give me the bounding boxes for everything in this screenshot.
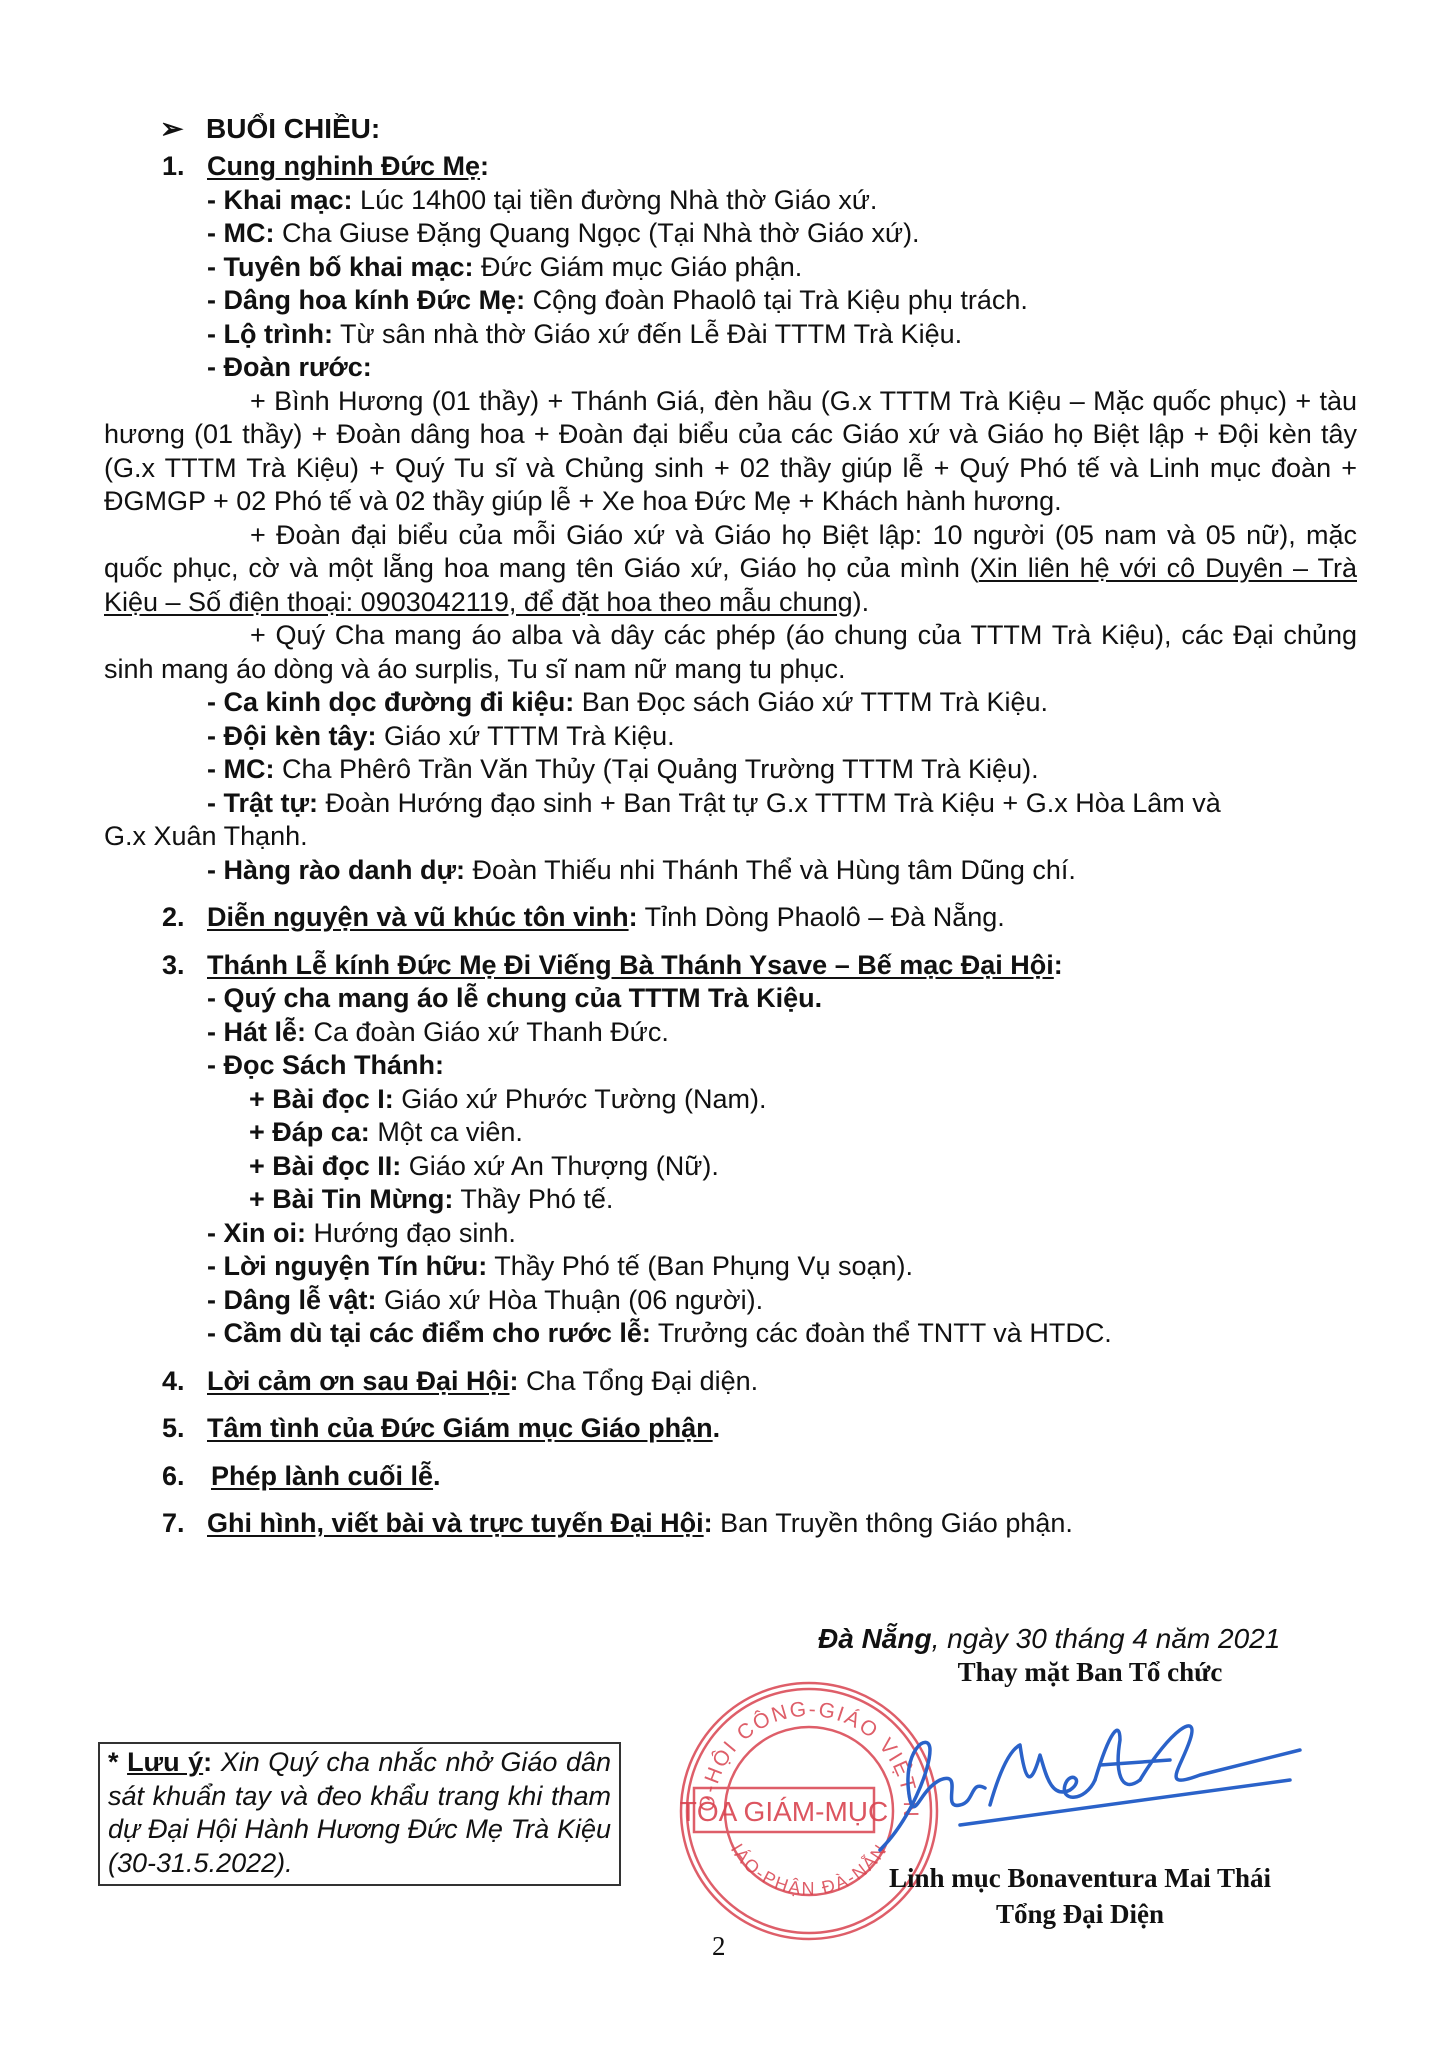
procession-paragraph: + Bình Hương (01 thầy) + Thánh Giá, đèn …	[104, 385, 1357, 519]
item-number: 5.	[162, 1412, 185, 1446]
detail-text: Cha Giuse Đặng Quang Ngọc (Tại Nhà thờ G…	[274, 218, 919, 248]
detail-text: Đức Giám mục Giáo phận.	[474, 252, 803, 282]
item-4: 4. Lời cảm ơn sau Đại Hội: Cha Tổng Đại …	[104, 1365, 1357, 1399]
item-text: Ban Truyền thông Giáo phận.	[713, 1508, 1073, 1538]
item-number: 4.	[162, 1365, 185, 1399]
detail-text: Thầy Phó tế (Ban Phụng Vụ soạn).	[487, 1251, 913, 1281]
detail-text: Giáo xứ Hòa Thuận (06 người).	[377, 1285, 764, 1315]
note-label: Lưu ý	[127, 1747, 203, 1777]
item-title: Cung nghinh Đức Mẹ	[207, 151, 480, 181]
reading-text: Giáo xứ An Thượng (Nữ).	[401, 1151, 719, 1181]
signer-name: Linh mục Bonaventura Mai Thái	[860, 1860, 1300, 1896]
document-page: ➢BUỔI CHIỀU: 1. Cung nghinh Đức Mẹ: - Kh…	[0, 0, 1448, 2048]
detail-line: - Trật tự: Đoàn Hướng đạo sinh + Ban Trậ…	[104, 787, 1357, 821]
reading-line: + Bài đọc II: Giáo xứ An Thượng (Nữ).	[104, 1150, 1357, 1184]
reading-line: + Bài đọc I: Giáo xứ Phước Tường (Nam).	[104, 1083, 1357, 1117]
detail-label: - Xin oi:	[207, 1218, 306, 1248]
paragraph-text: ).	[853, 587, 870, 617]
detail-line: - Xin oi: Hướng đạo sinh.	[104, 1217, 1357, 1251]
arrow-bullet-icon: ➢	[160, 112, 206, 146]
vestments-paragraph: + Quý Cha mang áo alba và dây các phép (…	[104, 619, 1357, 686]
item-7: 7. Ghi hình, viết bài và trực tuyến Đại …	[104, 1507, 1357, 1541]
item-title: Lời cảm ơn sau Đại Hội	[207, 1366, 509, 1396]
reading-label: + Bài Tin Mừng:	[249, 1184, 453, 1214]
note-asterisk: *	[108, 1747, 127, 1777]
reading-label: + Bài đọc I:	[249, 1084, 394, 1114]
detail-line: - Hàng rào danh dự: Đoàn Thiếu nhi Thánh…	[104, 854, 1357, 888]
item-title-suffix: :	[704, 1508, 713, 1538]
item-number: 6.	[162, 1460, 185, 1494]
page-number: 2	[712, 1930, 726, 1964]
reading-line: + Đáp ca: Một ca viên.	[104, 1116, 1357, 1150]
detail-label: - Lời nguyện Tín hữu:	[207, 1251, 487, 1281]
reading-text: Giáo xứ Phước Tường (Nam).	[394, 1084, 767, 1114]
detail-label: - Trật tự:	[207, 788, 318, 818]
detail-line: - Lời nguyện Tín hữu: Thầy Phó tế (Ban P…	[104, 1250, 1357, 1284]
detail-label: - Tuyên bố khai mạc:	[207, 252, 474, 282]
reading-line: + Bài Tin Mừng: Thầy Phó tế.	[104, 1183, 1357, 1217]
detail-line: - Cầm dù tại các điểm cho rước lễ: Trưởn…	[104, 1317, 1357, 1351]
detail-text: Từ sân nhà thờ Giáo xứ đến Lễ Đài TTTM T…	[333, 319, 962, 349]
detail-label: - MC:	[207, 218, 274, 248]
item-title-suffix: :	[480, 151, 489, 181]
item-6: 6. Phép lành cuối lễ.	[104, 1460, 1357, 1494]
item-title: Tâm tình của Đức Giám mục Giáo phận	[207, 1413, 713, 1443]
delegation-paragraph: + Đoàn đại biểu của mỗi Giáo xứ và Giáo …	[104, 519, 1357, 620]
detail-line: - Đội kèn tây: Giáo xứ TTTM Trà Kiệu.	[104, 720, 1357, 754]
item-title: Thánh Lễ kính Đức Mẹ Đi Viếng Bà Thánh Y…	[207, 950, 1054, 980]
svg-text:TÒA GIÁM-MỤC: TÒA GIÁM-MỤC	[680, 1796, 888, 1827]
detail-text: Cộng đoàn Phaolô tại Trà Kiệu phụ trách.	[525, 285, 1028, 315]
signer-title: Tổng Đại Diện	[860, 1896, 1300, 1932]
reading-text: Một ca viên.	[370, 1117, 523, 1147]
detail-line: - MC: Cha Phêrô Trần Văn Thủy (Tại Quảng…	[104, 753, 1357, 787]
detail-text: Trưởng các đoàn thể TNTT và HTDC.	[651, 1318, 1112, 1348]
detail-label: - Hát lễ:	[207, 1017, 306, 1047]
item-title-suffix: .	[713, 1413, 721, 1443]
section-heading: ➢BUỔI CHIỀU:	[160, 112, 380, 146]
detail-line: - MC: Cha Giuse Đặng Quang Ngọc (Tại Nhà…	[104, 217, 1357, 251]
note-colon: :	[203, 1747, 212, 1777]
detail-label: - Đoàn rước:	[207, 352, 372, 382]
detail-line: - Đoàn rước:	[104, 351, 1357, 385]
item-title-suffix: :	[1054, 950, 1063, 980]
date: , ngày 30 tháng 4 năm 2021	[932, 1623, 1281, 1654]
item-number: 7.	[162, 1507, 185, 1541]
detail-line: - Dâng hoa kính Đức Mẹ: Cộng đoàn Phaolô…	[104, 284, 1357, 318]
detail-label: - Dâng lễ vật:	[207, 1285, 377, 1315]
detail-label: - Khai mạc:	[207, 185, 353, 215]
handwritten-signature-icon	[870, 1710, 1310, 1860]
detail-text: Ca đoàn Giáo xứ Thanh Đức.	[306, 1017, 669, 1047]
detail-line: - Ca kinh dọc đường đi kiệu: Ban Đọc sác…	[104, 686, 1357, 720]
section-title: BUỔI CHIỀU:	[206, 113, 380, 144]
detail-text: Ban Đọc sách Giáo xứ TTTM Trà Kiệu.	[574, 687, 1048, 717]
item-number: 3.	[162, 949, 185, 983]
item-number: 1.	[162, 150, 185, 184]
reading-text: Thầy Phó tế.	[453, 1184, 613, 1214]
item-title: Phép lành cuối lễ	[211, 1461, 433, 1491]
reading-label: + Bài đọc II:	[249, 1151, 401, 1181]
item-1-heading: 1. Cung nghinh Đức Mẹ:	[104, 150, 1357, 184]
item-title-suffix: :	[629, 902, 638, 932]
detail-label: - Đội kèn tây:	[207, 721, 377, 751]
item-text: Tỉnh Dòng Phaolô – Đà Nẵng.	[638, 902, 1005, 932]
item-text: Cha Tổng Đại diện.	[518, 1366, 758, 1396]
detail-text: Đoàn Thiếu nhi Thánh Thể và Hùng tâm Dũn…	[465, 855, 1076, 885]
detail-line: - Tuyên bố khai mạc: Đức Giám mục Giáo p…	[104, 251, 1357, 285]
item-2: 2. Diễn nguyện và vũ khúc tôn vinh: Tỉnh…	[104, 901, 1357, 935]
detail-line: - Khai mạc: Lúc 14h00 tại tiền đường Nhà…	[104, 184, 1357, 218]
detail-label: - Dâng hoa kính Đức Mẹ:	[207, 285, 525, 315]
detail-text: Cha Phêrô Trần Văn Thủy (Tại Quảng Trườn…	[274, 754, 1038, 784]
place: Đà Nẵng	[818, 1623, 932, 1654]
reading-label: + Đáp ca:	[249, 1117, 370, 1147]
detail-text: Đoàn Hướng đạo sinh + Ban Trật tự G.x TT…	[318, 788, 1221, 818]
detail-text: Lúc 14h00 tại tiền đường Nhà thờ Giáo xứ…	[353, 185, 878, 215]
note-box: * Lưu ý: Xin Quý cha nhắc nhở Giáo dân s…	[98, 1742, 621, 1886]
detail-label: - MC:	[207, 754, 274, 784]
detail-line-continued: G.x Xuân Thạnh.	[104, 820, 1357, 854]
item-1: 1. Cung nghinh Đức Mẹ: - Khai mạc: Lúc 1…	[104, 150, 1357, 1541]
detail-label: - Hàng rào danh dự:	[207, 855, 465, 885]
detail-line: - Lộ trình: Từ sân nhà thờ Giáo xứ đến L…	[104, 318, 1357, 352]
item-title: Diễn nguyện và vũ khúc tôn vinh	[207, 902, 629, 932]
detail-label: - Cầm dù tại các điểm cho rước lễ:	[207, 1318, 651, 1348]
detail-line: - Quý cha mang áo lễ chung của TTTM Trà …	[104, 982, 1357, 1016]
detail-text: Hướng đạo sinh.	[306, 1218, 516, 1248]
item-5: 5. Tâm tình của Đức Giám mục Giáo phận.	[104, 1412, 1357, 1446]
detail-label: - Quý cha mang áo lễ chung của TTTM Trà …	[207, 983, 822, 1013]
detail-label: - Ca kinh dọc đường đi kiệu:	[207, 687, 574, 717]
detail-line: - Dâng lễ vật: Giáo xứ Hòa Thuận (06 ngư…	[104, 1284, 1357, 1318]
detail-label: - Lộ trình:	[207, 319, 333, 349]
detail-line: - Hát lễ: Ca đoàn Giáo xứ Thanh Đức.	[104, 1016, 1357, 1050]
detail-line: - Đọc Sách Thánh:	[104, 1049, 1357, 1083]
item-title: Ghi hình, viết bài và trực tuyến Đại Hội	[207, 1508, 704, 1538]
detail-text: Giáo xứ TTTM Trà Kiệu.	[377, 721, 675, 751]
item-number: 2.	[162, 901, 185, 935]
signer-block: Linh mục Bonaventura Mai Thái Tổng Đại D…	[860, 1860, 1300, 1932]
item-3: 3. Thánh Lễ kính Đức Mẹ Đi Viếng Bà Thán…	[104, 949, 1357, 983]
item-title-suffix: .	[433, 1461, 441, 1491]
detail-label: - Đọc Sách Thánh:	[207, 1050, 444, 1080]
place-date: Đà Nẵng, ngày 30 tháng 4 năm 2021	[818, 1622, 1280, 1656]
